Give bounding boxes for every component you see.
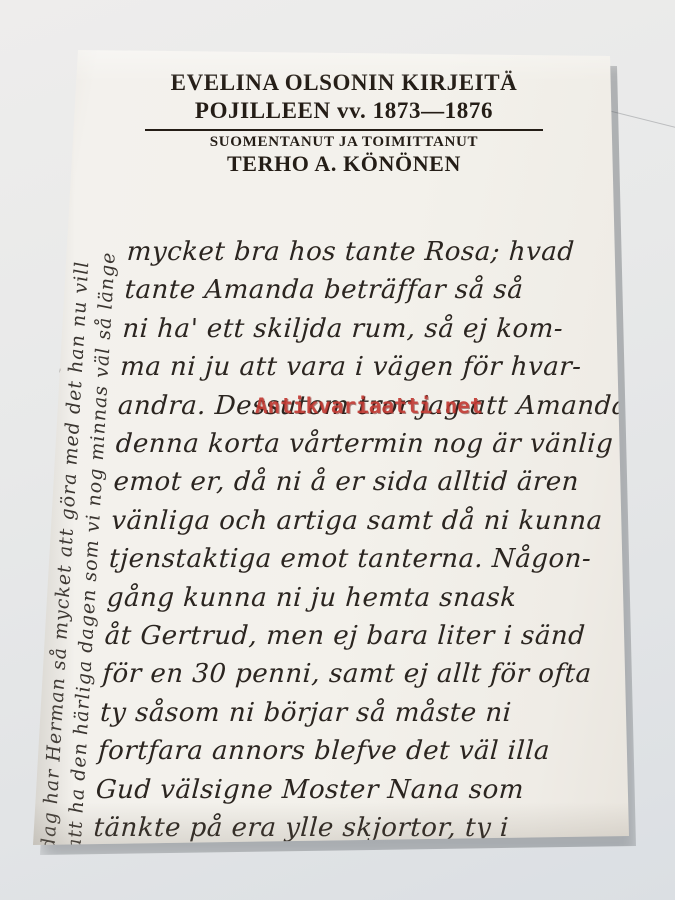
letter-line: tjenstaktiga emot tanterna. Någon- [108, 540, 592, 578]
letter-line: vänliga och artiga samt då ni kunna [110, 502, 603, 540]
handwritten-letter: alt för den som så väl ha de vana, men s… [0, 50, 643, 850]
letter-line: emot er, då ni å er sida alltid ären [112, 463, 580, 501]
letter-line: ty såsom ni börjar så måste ni [99, 694, 512, 732]
letter-line: fortfara annors blefve det väl illa [97, 732, 551, 770]
letter-line: denna korta vårtermin nog är vänlig [115, 425, 615, 463]
photo-of-book: EVELINA OLSONIN KIRJEITÄ POJILLEEN vv. 1… [0, 0, 675, 900]
antikvariaatti-watermark: Antikvariaatti.net [255, 394, 483, 418]
letter-line: mycket bra hos tante Rosa; hvad [126, 233, 576, 271]
letter-line: ma ni ju att vara i vägen för hvar- [119, 348, 582, 386]
letter-line: för en 30 penni, samt ej allt för ofta [101, 655, 592, 693]
letter-line: åt Gertrud, men ej bara liter i sänd [104, 617, 587, 655]
letter-line: ni ha' ett skiljda rum, så ej kom- [121, 310, 564, 348]
letter-line: tante Amanda beträffar så så [124, 271, 525, 309]
book-cover: EVELINA OLSONIN KIRJEITÄ POJILLEEN vv. 1… [33, 50, 633, 850]
letter-line: Gud välsigne Moster Nana som [95, 771, 525, 809]
letter-line: gång kunna ni ju hemta snask [106, 579, 518, 617]
